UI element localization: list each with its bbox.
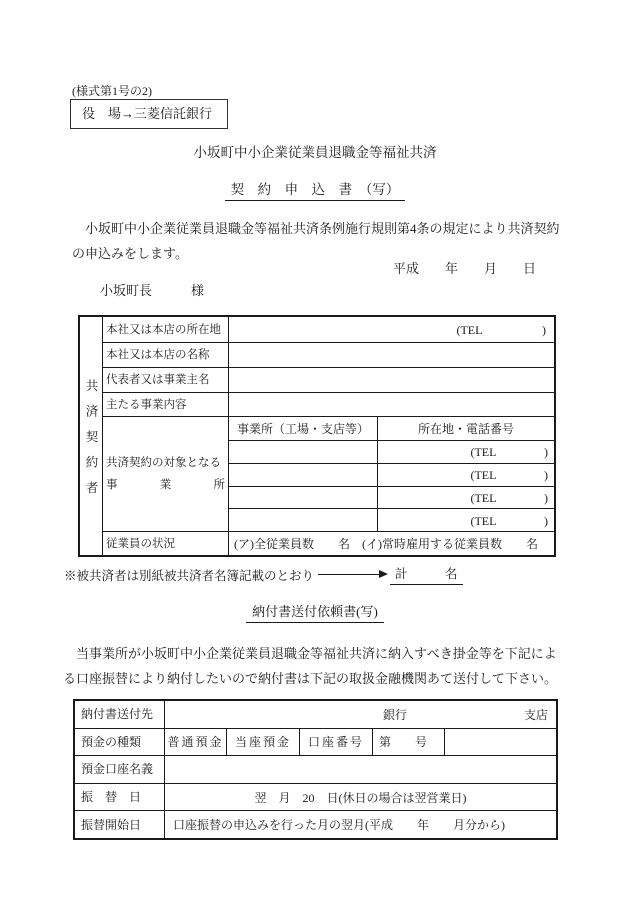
employees-count-cell: (ア)全従業員数 名 (イ)常時雇用する従業員数 名 (229, 532, 554, 555)
office-name-cell (229, 464, 378, 486)
table-row: 本社又は本店の所在地 (TEL ) (103, 317, 554, 342)
row-label: 主たる事業内容 (103, 393, 229, 416)
office-address-cell: (TEL ) (378, 441, 554, 463)
ordinary-deposit-cell: 普通預金 (165, 729, 227, 756)
table-row: 振替開始日 口座振替の申込みを行った月の翌月(平成 年 月分から) (75, 810, 556, 838)
office-name-cell (229, 441, 378, 463)
offices-row-label: 共済契約の対象となる 事 業 所 (103, 417, 229, 531)
table-row: 主たる事業内容 (103, 392, 554, 416)
insured-note-text: ※被共済者は別紙被共済者名簿記載のとおり (64, 566, 314, 584)
offices-row: 共済契約の対象となる 事 業 所 事業所（工場・支店等） 所在地・電話番号 (T… (103, 416, 554, 531)
row-label: 振 替 日 (75, 784, 165, 811)
main-business-cell (229, 393, 554, 416)
offices-header-row: 事業所（工場・支店等） 所在地・電話番号 (229, 417, 554, 440)
employees-row: 従業員の状況 (ア)全従業員数 名 (イ)常時雇用する従業員数 名 (103, 531, 554, 555)
employees-row-label: 従業員の状況 (103, 532, 229, 555)
office-address-cell: (TEL ) (378, 487, 554, 509)
office-name-header: 事業所（工場・支店等） (229, 417, 378, 440)
right-arrow-icon (318, 574, 380, 576)
head-office-address-cell: (TEL ) (229, 317, 554, 342)
insured-note: ※被共済者は別紙被共済者名簿記載のとおり 計 名 (64, 564, 463, 585)
payment-table: 納付書送付先 銀行 支店 預金の種類 普通預金 当座預金 口座番号 第 号 預金… (73, 699, 558, 840)
row-label: 預金の種類 (75, 729, 165, 756)
payment-section-title-wrap: 納付書送付依頼書(写) (0, 601, 630, 620)
account-number-label-cell: 口座番号 (300, 729, 373, 756)
transfer-date-cell: 翌 月 20 日(休日の場合は翌営業日) (165, 784, 556, 811)
offices-label-line2: 事 業 所 (106, 474, 225, 496)
payment-section-title: 納付書送付依頼書(写) (246, 604, 384, 623)
subtitle-wrap: 契 約 申 込 書 （写） (0, 178, 630, 198)
table-row: 本社又は本店の名称 (103, 342, 554, 367)
row-label: 本社又は本店の所在地 (103, 317, 229, 342)
total-count-field: 計 名 (390, 564, 463, 585)
table-row: 納付書送付先 銀行 支店 (75, 701, 556, 728)
addressee: 小坂町長 様 (100, 280, 204, 299)
office-address-header: 所在地・電話番号 (378, 417, 554, 440)
office-name-cell (229, 509, 378, 531)
row-label: 代表者又は事業主名 (103, 368, 229, 392)
row-label: 納付書送付先 (75, 701, 165, 728)
offices-subtable: 事業所（工場・支店等） 所在地・電話番号 (TEL ) (TEL ) (TEL (229, 417, 554, 531)
row-label: 預金口座名義 (75, 756, 165, 783)
transfer-start-cell: 口座振替の申込みを行った月の翌月(平成 年 月分から) (165, 811, 556, 838)
empty-cell (445, 729, 556, 756)
office-row: (TEL ) (229, 486, 554, 509)
branch-label: 支店 (524, 706, 548, 723)
table-row: 代表者又は事業主名 (103, 367, 554, 392)
offices-label-line1: 共済契約の対象となる (106, 452, 225, 474)
date-line: 平成 年 月 日 (393, 258, 536, 277)
office-address-cell: (TEL ) (378, 509, 554, 531)
contract-table: 共済契約者 本社又は本店の所在地 (TEL ) 本社又は本店の名称 代表者又は事… (78, 315, 556, 557)
account-holder-cell (165, 756, 556, 783)
head-office-name-cell (229, 343, 554, 367)
row-label: 本社又は本店の名称 (103, 343, 229, 367)
contract-table-side-label: 共済契約者 (80, 317, 103, 555)
office-row: (TEL ) (229, 463, 554, 486)
office-row: (TEL ) (229, 440, 554, 463)
payment-destination-cell: 銀行 支店 (165, 701, 556, 728)
table-row: 振 替 日 翌 月 20 日(休日の場合は翌営業日) (75, 783, 556, 811)
table-row: 預金の種類 普通預金 当座預金 口座番号 第 号 (75, 728, 556, 756)
payment-intro-paragraph: 当事業所が小坂町中小企業従業員退職金等福祉共済に納入すべき掛金等を下記による口座… (63, 641, 565, 691)
representative-name-cell (229, 368, 554, 392)
office-row: (TEL ) (229, 508, 554, 531)
row-label: 振替開始日 (75, 811, 165, 838)
office-address-cell: (TEL ) (378, 464, 554, 486)
routing-box: 役 場→三菱信託銀行 (70, 99, 228, 129)
form-page: (様式第1号の2) 役 場→三菱信託銀行 小坂町中小企業従業員退職金等福祉共済 … (0, 0, 630, 916)
account-number-field: 第 号 (373, 729, 445, 756)
table-row: 預金口座名義 (75, 755, 556, 783)
main-title: 小坂町中小企業従業員退職金等福祉共済 (0, 141, 630, 161)
contract-table-body: 本社又は本店の所在地 (TEL ) 本社又は本店の名称 代表者又は事業主名 主た… (103, 317, 554, 555)
current-deposit-cell: 当座預金 (227, 729, 300, 756)
office-name-cell (229, 487, 378, 509)
bank-label: 銀行 (383, 706, 407, 723)
form-code-label: (様式第1号の2) (72, 82, 152, 99)
subtitle: 契 約 申 込 書 （写） (225, 182, 406, 201)
